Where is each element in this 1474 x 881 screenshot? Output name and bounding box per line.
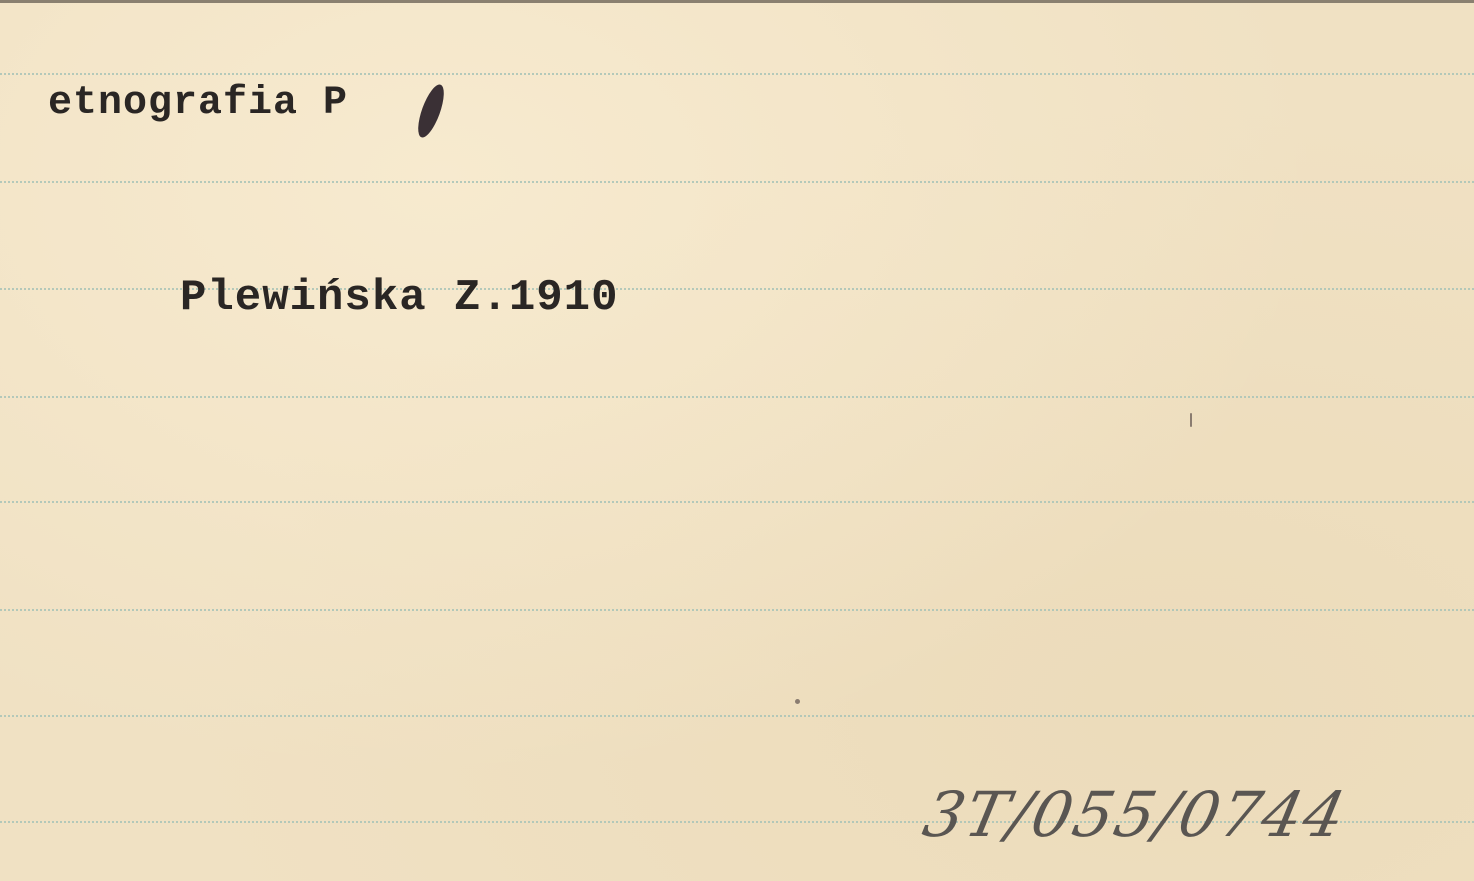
shelf-mark: 3T/055/0744: [917, 778, 1353, 851]
ruled-line: [0, 396, 1474, 398]
card-heading: etnografia P: [48, 81, 348, 126]
ruled-line: [0, 715, 1474, 717]
ruled-line: [0, 73, 1474, 75]
ruled-line: [0, 501, 1474, 503]
paper-speck: [1190, 413, 1192, 427]
author-entry: Plewińska Z.1910: [180, 273, 618, 323]
paper-speck: [795, 699, 800, 704]
ruled-line: [0, 181, 1474, 183]
catalog-card: etnografia P Plewińska Z.1910 3T/055/074…: [0, 0, 1474, 881]
ruled-line: [0, 609, 1474, 611]
ink-slash-mark: [413, 82, 449, 141]
